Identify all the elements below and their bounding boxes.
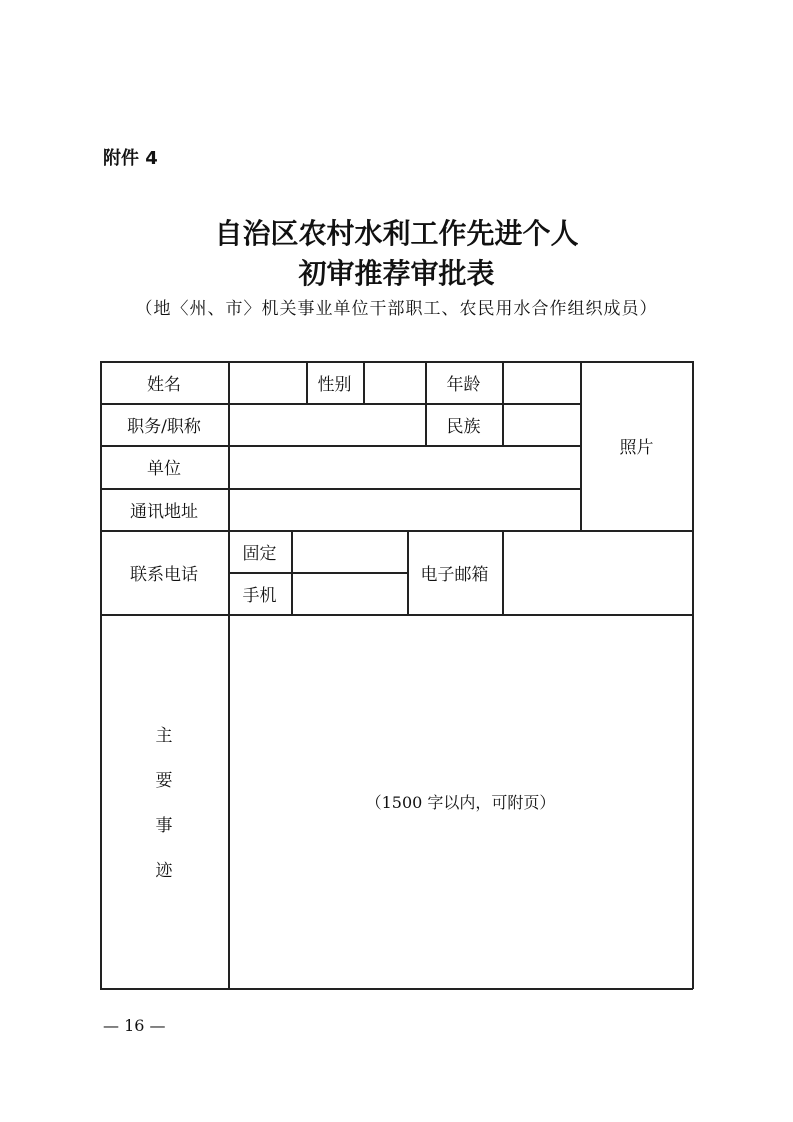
deeds-note: （1500 字以内，可附页） xyxy=(366,790,556,813)
page-title-line2: 初审推荐审批表 xyxy=(0,252,793,292)
label-mobile: 手机 xyxy=(228,572,291,614)
label-landline: 固定 xyxy=(228,530,291,572)
label-email: 电子邮箱 xyxy=(407,530,502,614)
organization-field[interactable] xyxy=(228,445,580,488)
deeds-char: 主 xyxy=(156,721,173,746)
label-age: 年龄 xyxy=(425,361,502,403)
ethnicity-field[interactable] xyxy=(502,403,580,445)
label-name: 姓名 xyxy=(100,361,228,403)
label-position-title: 职务/职称 xyxy=(100,403,228,445)
address-field[interactable] xyxy=(228,488,580,530)
label-phone: 联系电话 xyxy=(100,530,228,614)
main-deeds-field[interactable]: （1500 字以内，可附页） xyxy=(228,614,693,988)
age-field[interactable] xyxy=(502,361,580,403)
deeds-char: 事 xyxy=(156,811,173,836)
border-line xyxy=(100,988,693,990)
email-field[interactable] xyxy=(502,530,693,614)
mobile-field[interactable] xyxy=(291,572,407,614)
attachment-label: 附件 4 xyxy=(103,144,158,170)
label-ethnicity: 民族 xyxy=(425,403,502,445)
label-address: 通讯地址 xyxy=(100,488,228,530)
deeds-char: 要 xyxy=(156,766,173,791)
photo-box[interactable]: 照片 xyxy=(580,361,693,530)
page-subtitle: （地〈州、市〉机关事业单位干部职工、农民用水合作组织成员） xyxy=(0,294,793,319)
recommendation-form-table: 姓名 性别 年龄 照片 职务/职称 民族 单位 通讯地址 联系电话 固定 手机 … xyxy=(100,361,693,989)
deeds-char: 迹 xyxy=(156,856,173,881)
page-title-line1: 自治区农村水利工作先进个人 xyxy=(0,212,793,252)
position-title-field[interactable] xyxy=(228,403,425,445)
label-main-deeds: 主 要 事 迹 xyxy=(100,614,228,988)
gender-field[interactable] xyxy=(363,361,425,403)
landline-field[interactable] xyxy=(291,530,407,572)
name-field[interactable] xyxy=(228,361,306,403)
label-gender: 性别 xyxy=(306,361,363,403)
page-number: — 16 — xyxy=(103,1016,166,1035)
label-organization: 单位 xyxy=(100,445,228,488)
